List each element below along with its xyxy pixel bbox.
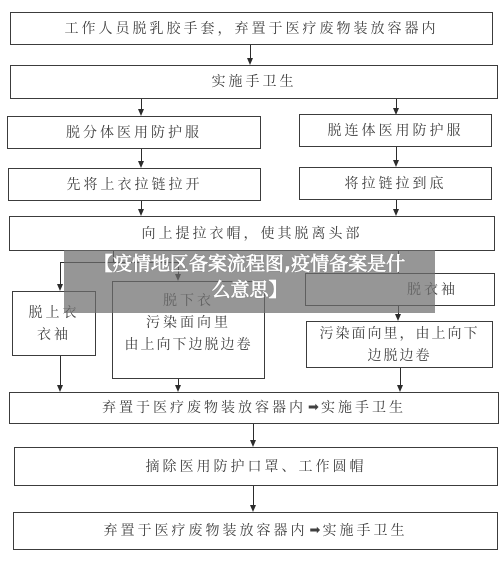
arrow-down-icon: [138, 109, 144, 116]
connector-line: [253, 486, 254, 505]
overlay-title-line1: 【疫情地区备案流程图,疫情备案是什: [64, 251, 435, 277]
step-unzip-fully-text: 将拉链拉到底: [345, 173, 447, 195]
arrow-down-icon: [138, 161, 144, 168]
step-remove-split-gown: 脱分体医用防护服: [7, 116, 261, 149]
arrow-down-icon: [397, 385, 403, 392]
arrow-down-icon: [395, 314, 401, 321]
step-unzip-top: 先将上衣拉链拉开: [8, 168, 261, 201]
overlay-title-line2: 么意思】: [64, 277, 435, 303]
connector-line: [141, 149, 142, 161]
step-remove-mask-cap: 摘除医用防护口罩、工作圆帽: [14, 447, 498, 486]
step-dispose-and-hygiene-1: 弃置于医疗废物装放容器内 ➡ 实施手卫生: [9, 392, 499, 424]
overlay-title: 【疫情地区备案流程图,疫情备案是什 么意思】: [64, 251, 435, 303]
step-pull-hood-text: 向上提拉衣帽，使其脱离头部: [142, 223, 363, 245]
step-hand-hygiene-text: 实施手卫生: [212, 71, 297, 93]
arrow-down-icon: [138, 209, 144, 216]
step-remove-gloves-text: 工作人员脱乳胶手套，弃置于医疗废物装放容器内: [65, 18, 439, 40]
connector-line: [60, 356, 61, 385]
connector-line: [253, 424, 254, 440]
arrow-right-icon: ➡: [308, 397, 319, 419]
step-roll-inside-out-line2: 边脱边卷: [368, 345, 432, 367]
step-hand-hygiene: 实施手卫生: [10, 65, 498, 99]
connector-line: [396, 147, 397, 160]
step-remove-pants-line2: 污染面向里: [146, 312, 231, 334]
arrow-down-icon: [57, 385, 63, 392]
step-remove-mask-cap-text: 摘除医用防护口罩、工作圆帽: [146, 456, 367, 478]
step-remove-gloves: 工作人员脱乳胶手套，弃置于医疗废物装放容器内: [10, 12, 493, 45]
connector-line: [400, 368, 401, 385]
arrow-down-icon: [393, 209, 399, 216]
step-remove-coverall-text: 脱连体医用防护服: [328, 120, 464, 142]
step-roll-inside-out: 污染面向里，由上向下 边脱边卷: [306, 321, 493, 368]
step-remove-top-sleeves-line2: 衣袖: [37, 324, 71, 346]
step-pull-hood: 向上提拉衣帽，使其脱离头部: [9, 216, 495, 251]
connector-line: [141, 201, 142, 209]
connector-line: [396, 200, 397, 209]
step-hygiene-text: 实施手卫生: [321, 397, 406, 419]
step-roll-inside-out-line1: 污染面向里，由上向下: [320, 323, 480, 345]
step-unzip-top-text: 先将上衣拉链拉开: [67, 174, 203, 196]
arrow-down-icon: [247, 58, 253, 65]
step-dispose-and-hygiene-2: 弃置于医疗废物装放容器内 ➡ 实施手卫生: [13, 512, 498, 550]
step-remove-pants-line3: 由上向下边脱边卷: [125, 334, 253, 356]
connector-line: [250, 45, 251, 58]
arrow-right-icon: ➡: [310, 520, 321, 542]
arrow-down-icon: [393, 160, 399, 167]
arrow-down-icon: [57, 284, 63, 291]
connector-line: [60, 262, 61, 284]
step-dispose-text: 弃置于医疗废物装放容器内: [104, 520, 308, 542]
step-remove-coverall: 脱连体医用防护服: [299, 114, 492, 147]
step-remove-split-gown-text: 脱分体医用防护服: [66, 122, 202, 144]
step-hygiene-text: 实施手卫生: [322, 520, 407, 542]
arrow-down-icon: [250, 505, 256, 512]
step-dispose-text: 弃置于医疗废物装放容器内: [102, 397, 306, 419]
arrow-down-icon: [175, 385, 181, 392]
arrow-down-icon: [250, 440, 256, 447]
step-unzip-fully: 将拉链拉到底: [299, 167, 492, 200]
